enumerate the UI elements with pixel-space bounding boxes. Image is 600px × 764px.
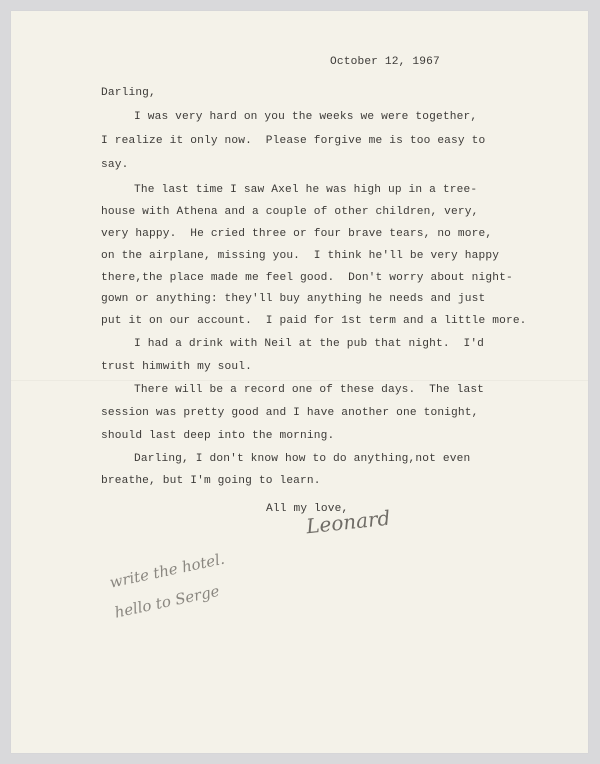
letter-line: Darling, I don't know how to do anything… [134,454,470,465]
letter-line: house with Athena and a couple of other … [101,207,479,218]
letter-line: there,the place made me feel good. Don't… [101,273,513,284]
letter-line: I had a drink with Neil at the pub that … [134,339,484,350]
letter-line: There will be a record one of these days… [134,385,484,396]
letter-line: should last deep into the morning. [101,431,334,442]
letter-salutation: Darling, [101,88,156,99]
letter-line: trust himwith my soul. [101,362,252,373]
letter-line: gown or anything: they'll buy anything h… [101,294,485,305]
letter-line: I was very hard on you the weeks we were… [134,112,477,123]
letter-line: I realize it only now. Please forgive me… [101,136,485,147]
letter-line: say. [101,160,128,171]
letter-line: very happy. He cried three or four brave… [101,229,492,240]
paper-fold [11,380,588,381]
letter-line: session was pretty good and I have anoth… [101,408,479,419]
letter-line: breathe, but I'm going to learn. [101,476,321,487]
letter-line: on the airplane, missing you. I think he… [101,251,499,262]
letter-date: October 12, 1967 [330,57,440,68]
letter-line: put it on our account. I paid for 1st te… [101,316,527,327]
letter-line: The last time I saw Axel he was high up … [134,185,477,196]
